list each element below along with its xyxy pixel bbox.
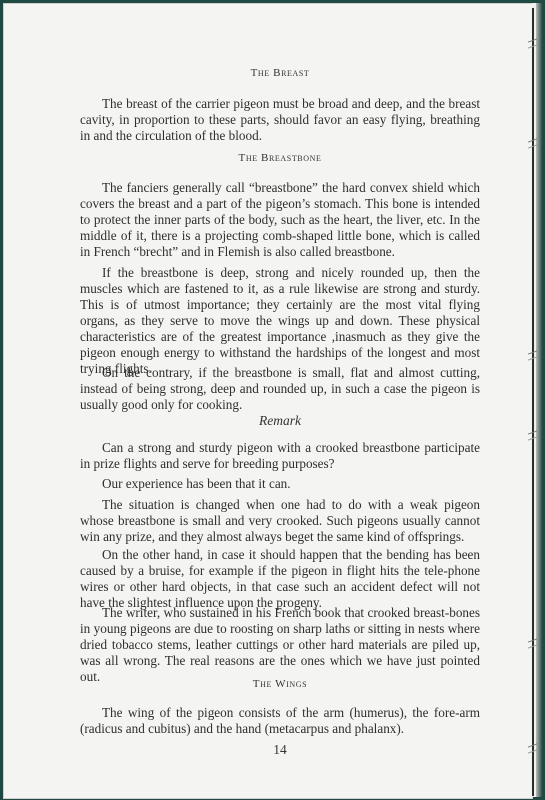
paragraph: Can a strong and sturdy pigeon with a cr… bbox=[80, 440, 480, 472]
paragraph: The fanciers generally call “breastbone”… bbox=[80, 180, 480, 260]
paragraph: The situation is changed when one had to… bbox=[80, 497, 480, 545]
binding-shadow bbox=[536, 3, 542, 797]
section-heading-remark: Remark bbox=[80, 413, 480, 429]
section-heading-wings: The Wings bbox=[80, 678, 480, 690]
paragraph: The wing of the pigeon consists of the a… bbox=[80, 705, 480, 737]
paragraph: On the other hand, in case it should hap… bbox=[80, 547, 480, 611]
section-heading-breast: The Breast bbox=[80, 67, 480, 79]
paragraph: On the contrary, if the breastbone is sm… bbox=[80, 365, 480, 413]
paragraph: Our experience has been that it can. bbox=[80, 476, 480, 492]
binding-line bbox=[532, 8, 534, 796]
page-number: 14 bbox=[80, 742, 480, 758]
paragraph: The breast of the carrier pigeon must be… bbox=[80, 96, 480, 144]
paragraph: If the breastbone is deep, strong and ni… bbox=[80, 265, 480, 377]
section-heading-breastbone: The Breastbone bbox=[80, 152, 480, 164]
paragraph: The writer, who sustained in his French … bbox=[80, 605, 480, 685]
